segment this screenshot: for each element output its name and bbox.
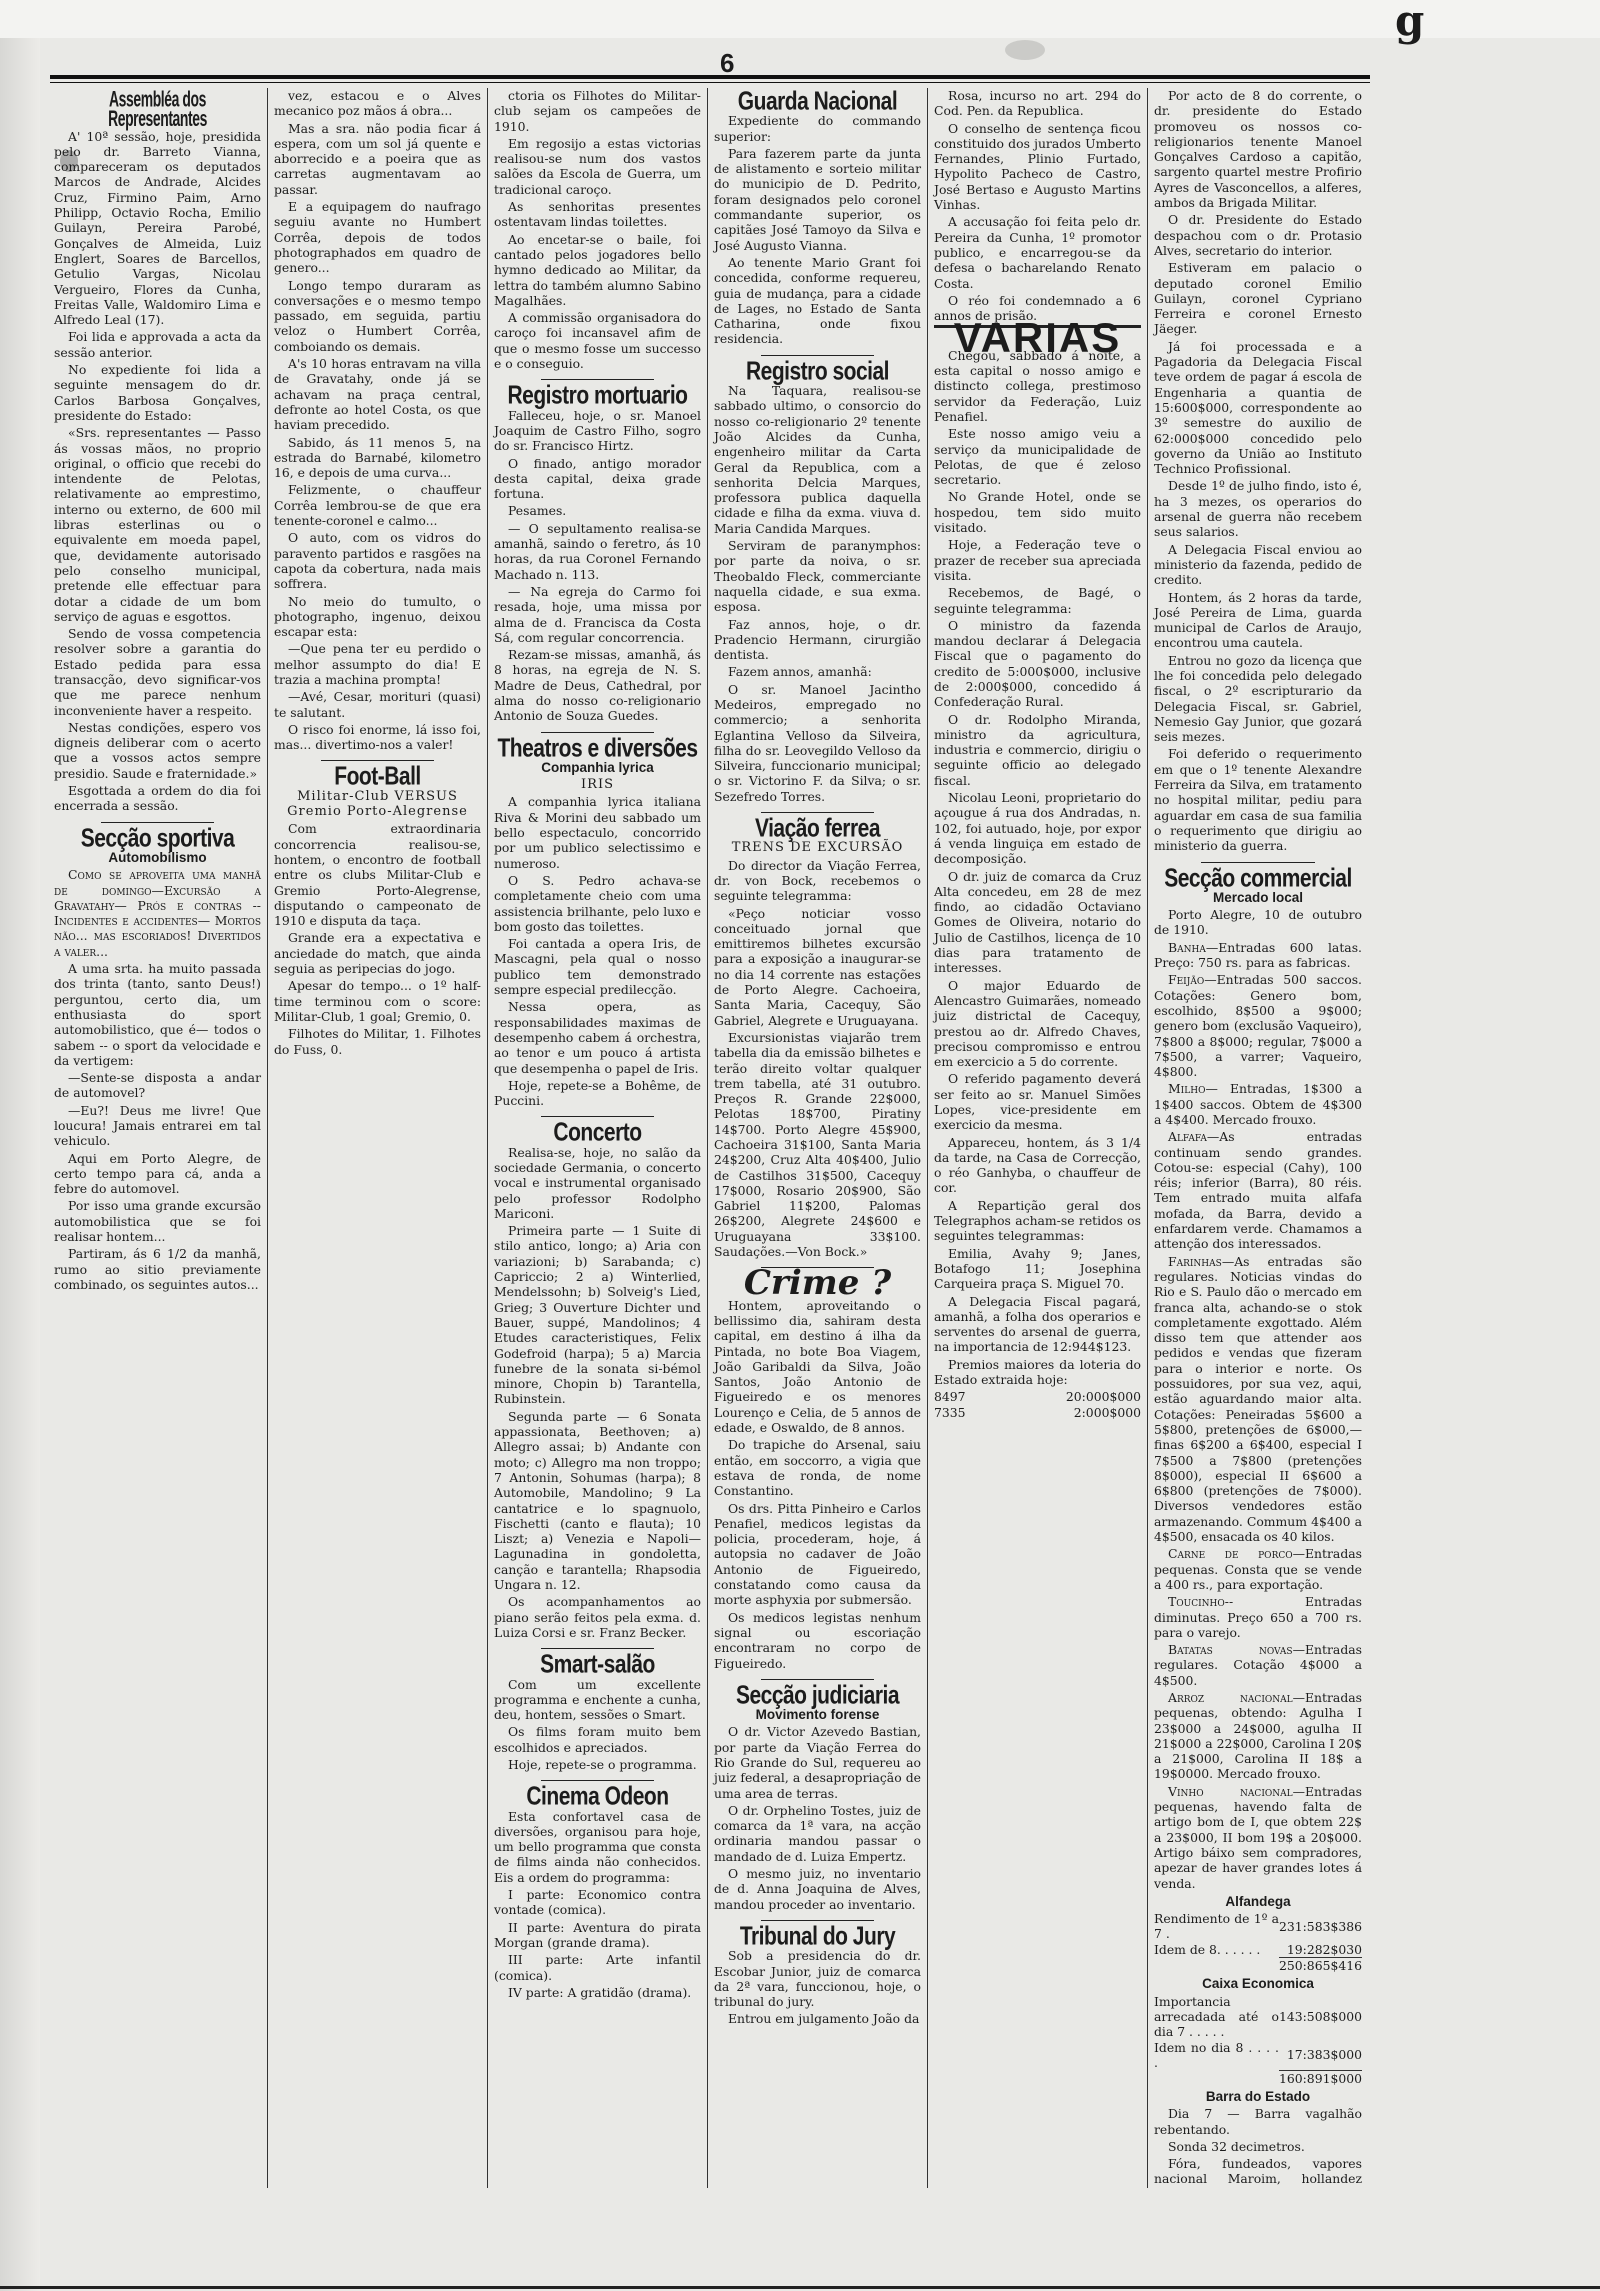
ticket-number: 7335	[934, 1405, 995, 1420]
ledger-total: 160:891$000	[1279, 2070, 1362, 2086]
paragraph: Os acompanhamentos ao piano serão feitos…	[494, 1594, 701, 1640]
paragraph: O mesmo juiz, no inventario de d. Anna J…	[714, 1866, 921, 1912]
paragraph: Mas a sra. não podia ficar á espera, com…	[274, 121, 481, 197]
paragraph: A' 10ª sessão, hoje, presidida pelo dr. …	[54, 129, 261, 328]
paragraph: Hontem, aproveitando o bellissimo dia, s…	[714, 1298, 921, 1436]
ledger-title: Caixa Economica	[1154, 1976, 1362, 1991]
header-rule	[50, 75, 1370, 83]
market-item: Milho	[1168, 1081, 1205, 1096]
paragraph: Longo tempo duraram as conversações e o …	[274, 278, 481, 354]
paragraph: «Peço noticiar vosso conceituado jornal …	[714, 906, 921, 1028]
paragraph: Foi deferido o requerimento em que o 1º …	[1154, 746, 1362, 853]
paragraph: Hoje, repete-se o programma.	[494, 1757, 701, 1772]
ledger-row: Importancia arrecadada até o dia 7 . . .…	[1154, 1994, 1362, 2040]
market-text: —Entradas 500 saccos. Cotações: Genero b…	[1154, 972, 1362, 1079]
paragraph: «Srs. representantes — Passo ás vossas m…	[54, 425, 261, 624]
paragraph: Foi lida e approvada a acta da sessão an…	[54, 329, 261, 360]
paragraph: vez, estacou e o Alves mecanico poz mãos…	[274, 88, 481, 119]
paragraph: No Grande Hotel, onde se hospedou, tem s…	[934, 489, 1141, 535]
paragraph: A uma srta. ha muito passada dos trinta …	[54, 961, 261, 1068]
scan-edge	[0, 38, 40, 2291]
market-item: Arroz nacional	[1168, 1690, 1293, 1705]
market-entry: Feijão—Entradas 500 saccos. Cotações: Ge…	[1154, 972, 1362, 1079]
ledger-row: Idem de 8. . . . . .19:282$030	[1154, 1942, 1362, 1958]
market-entry: Carne de porco—Entradas pequenas. Consta…	[1154, 1546, 1362, 1592]
paragraph: Partiram, ás 6 1/2 da manhã, rumo ao sit…	[54, 1246, 261, 1292]
column: Assembléa dos RepresentantesA' 10ª sessã…	[48, 88, 268, 2188]
paragraph: Por acto de 8 do corrente, o dr. preside…	[1154, 88, 1362, 210]
market-entry: Toucinho-- Entradas diminutas. Preço 650…	[1154, 1594, 1362, 1640]
paragraph: —Que pena ter eu perdido o melhor assump…	[274, 641, 481, 687]
paragraph: — O sepultamento realisa-se amanhã, sain…	[494, 521, 701, 582]
paragraph: As senhoritas presentes ostentavam linda…	[494, 199, 701, 230]
paragraph: Rosa, incurso no art. 294 do Cod. Pen. d…	[934, 88, 1141, 119]
paragraph: Esta confortavel casa de diversões, orga…	[494, 1809, 701, 1885]
ledger-title: Barra do Estado	[1154, 2089, 1362, 2104]
paragraph: Fazem annos, amanhã:	[714, 664, 921, 679]
section-divider	[1201, 862, 1315, 863]
ledger-total-row: 160:891$000	[1154, 2070, 1362, 2086]
section-heading: Registro mortuario	[494, 386, 701, 405]
lottery-row: 849720:000$000	[934, 1389, 1141, 1404]
paragraph: O dr. Rodolpho Miranda, ministro da agri…	[934, 712, 1141, 788]
paragraph: O major Eduardo de Alencastro Guimarães,…	[934, 978, 1141, 1070]
section-heading: Secção judiciaria	[714, 1686, 921, 1705]
section-heading: Secção commercial	[1154, 869, 1362, 888]
paragraph: Nessa opera, as responsabilidades maxima…	[494, 999, 701, 1075]
paragraph: A commissão organisadora do caroço foi i…	[494, 310, 701, 371]
ledger-row: Rendimento de 1º a 7 .231:583$386	[1154, 1911, 1362, 1942]
paragraph: II parte: Aventura do pirata Morgan (gra…	[494, 1920, 701, 1951]
paragraph: Apesar do tempo... o 1º half-time termin…	[274, 978, 481, 1024]
market-entry: Vinho nacional—Entradas pequenas, havend…	[1154, 1784, 1362, 1891]
paragraph: Com extraordinaria concorrencia realisou…	[274, 821, 481, 928]
paragraph: Aqui em Porto Alegre, de certo tempo par…	[54, 1151, 261, 1197]
paragraph: Expediente do commando superior:	[714, 113, 921, 144]
paragraph: Realisa-se, hoje, no salão da sociedade …	[494, 1145, 701, 1221]
paragraph: Em regosijo a estas victorias realisou-s…	[494, 136, 701, 197]
section-divider	[541, 1648, 655, 1649]
section-divider	[761, 1679, 875, 1680]
section-heading: Crime ?	[714, 1276, 921, 1291]
ledger-label: Idem de 8. . . . . .	[1154, 1942, 1279, 1958]
paragraph: Sob a presidencia do dr. Escobar Junior,…	[714, 1948, 921, 2009]
paragraph: Já foi processada e a Pagadoria da Deleg…	[1154, 339, 1362, 477]
paragraph: O auto, com os vidros do paravento parti…	[274, 530, 481, 591]
ledger-row: Idem no dia 8 . . . . .17:383$000	[1154, 2040, 1362, 2071]
paragraph: Sendo de vossa competencia resolver sobr…	[54, 626, 261, 718]
paragraph: Entrou em julgamento João da	[714, 2011, 921, 2026]
paragraph: Primeira parte — 1 Suite di stilo antico…	[494, 1223, 701, 1407]
paragraph: Com um excellente programma e enchente a…	[494, 1677, 701, 1723]
market-text: —As entradas são regulares. Noticias vin…	[1154, 1254, 1362, 1544]
paragraph: Estiveram em palacio o deputado coronel …	[1154, 260, 1362, 336]
prize-amount: 2:000$000	[995, 1405, 1141, 1420]
paragraph: Os drs. Pitta Pinheiro e Carlos Penafiel…	[714, 1501, 921, 1608]
paragraph: Grande era a expectativa e anciedade do …	[274, 930, 481, 976]
paragraph: Por isso uma grande excursão automobilis…	[54, 1198, 261, 1244]
ledger-spacer	[1154, 2070, 1279, 2086]
caixa-table: Importancia arrecadada até o dia 7 . . .…	[1154, 1994, 1362, 2086]
paragraph: Appareceu, hontem, ás 3 1/4 da tarde, na…	[934, 1135, 1141, 1196]
ledger-spacer	[1154, 1958, 1279, 1974]
paragraph: Hoje, repete-se a Bohême, de Puccini.	[494, 1078, 701, 1109]
ledger-label: Rendimento de 1º a 7 .	[1154, 1911, 1279, 1942]
paragraph: — Na egreja do Carmo foi resada, hoje, u…	[494, 584, 701, 645]
paragraph: Serviram de paranymphos: por parte da no…	[714, 538, 921, 614]
match-title: Militar-Club VERSUS Gremio Porto-Alegren…	[274, 789, 481, 820]
paragraph: O conselho de sentença ficou constituido…	[934, 121, 1141, 213]
market-item: Farinhas	[1168, 1254, 1222, 1269]
ledger-value: 19:282$030	[1279, 1942, 1362, 1958]
market-entry: Alfafa—As entradas continuam sendo grand…	[1154, 1129, 1362, 1251]
paragraph: Este nosso amigo veiu a serviço da munic…	[934, 426, 1141, 487]
bottom-rule	[0, 2286, 1600, 2289]
paragraph: Do trapiche do Arsenal, saiu então, em s…	[714, 1437, 921, 1498]
paragraph: Porto Alegre, 10 de outubro de 1910.	[1154, 907, 1362, 938]
column: ctoria os Filhotes do Militar-club sejam…	[488, 88, 708, 2188]
paragraph: Nicolau Leoni, proprietario do açougue á…	[934, 790, 1141, 866]
paragraph: A companhia lyrica italiana Riva & Morin…	[494, 794, 701, 870]
section-heading: Viação ferrea	[714, 819, 921, 838]
paragraph: Falleceu, hoje, o sr. Manoel Joaquim de …	[494, 408, 701, 454]
market-entry: Banha—Entradas 600 latas. Preço: 750 rs.…	[1154, 940, 1362, 971]
paragraph: Na Taquara, realisou-se sabbado ultimo, …	[714, 383, 921, 536]
paragraph: A's 10 horas entravam na villa de Gravat…	[274, 356, 481, 432]
paragraph: A Delegacia Fiscal pagará, amanhã, a fol…	[934, 1294, 1141, 1355]
paragraph: —Eu?! Deus me livre! Que loucura! Jamais…	[54, 1103, 261, 1149]
paragraph: A accusação foi feita pelo dr. Pereira d…	[934, 214, 1141, 290]
paragraph: Excursionistas viajarão trem tabella dia…	[714, 1030, 921, 1259]
market-entry: Farinhas—As entradas são regulares. Noti…	[1154, 1254, 1362, 1545]
paragraph: Os medicos legistas nenhum signal ou esc…	[714, 1610, 921, 1671]
ledger-value: 17:383$000	[1279, 2040, 1362, 2071]
paragraph: Rezam-se missas, amanhã, ás 8 horas, na …	[494, 647, 701, 723]
ledger-total: 250:865$416	[1279, 1958, 1362, 1974]
article-lead: Como se aproveita uma manhã de domingo—E…	[54, 867, 261, 959]
article-columns: Assembléa dos RepresentantesA' 10ª sessã…	[48, 88, 1368, 2188]
lottery-row: 73352:000$000	[934, 1405, 1141, 1420]
paragraph: Fóra, fundeados, vapores nacional Maroim…	[1154, 2156, 1362, 2188]
ledger-value: 143:508$000	[1279, 1994, 1362, 2040]
market-item: Alfafa	[1168, 1129, 1207, 1144]
section-heading: Registro social	[714, 362, 921, 381]
paragraph: O risco foi enorme, lá isso foi, mas... …	[274, 722, 481, 753]
paragraph: Pesames.	[494, 503, 701, 518]
market-item: Carne de porco	[1168, 1546, 1293, 1561]
market-text: —As entradas continuam sendo grandes. Co…	[1154, 1129, 1362, 1251]
paragraph: A Repartição geral dos Telegraphos acham…	[934, 1198, 1141, 1244]
paragraph: No meio do tumulto, o photographo, ingen…	[274, 594, 481, 640]
paragraph: O dr. juiz de comarca da Cruz Alta conce…	[934, 869, 1141, 976]
paragraph: A Delegacia Fiscal enviou ao ministerio …	[1154, 542, 1362, 588]
section-heading: Foot-Ball	[274, 768, 481, 787]
section-heading: Tribunal do Jury	[714, 1927, 921, 1946]
corner-glyph: g	[1395, 0, 1424, 45]
paragraph: Hoje, a Federação teve o prazer de receb…	[934, 537, 1141, 583]
paragraph: Para fazerem parte da junta de alistamen…	[714, 146, 921, 253]
paragraph: Emilia, Avahy 9; Janes, Botafogo 11; Jos…	[934, 1246, 1141, 1292]
section-divider	[101, 822, 215, 823]
column: vez, estacou e o Alves mecanico poz mãos…	[268, 88, 488, 2188]
market-item: Feijão	[1168, 972, 1204, 987]
section-divider	[541, 732, 655, 733]
lottery-table: 849720:000$00073352:000$000	[934, 1389, 1141, 1420]
paragraph: E a equipagem do naufrago seguiu avante …	[274, 199, 481, 275]
market-text: —Entradas pequenas, havendo falta de art…	[1154, 1784, 1362, 1891]
paragraph: O finado, antigo morador desta capital, …	[494, 456, 701, 502]
paragraph: Sonda 32 decimetros.	[1154, 2139, 1362, 2154]
paragraph: Filhotes do Militar, 1. Filhotes do Fuss…	[274, 1026, 481, 1057]
section-subheading: IRIS	[494, 777, 701, 792]
paragraph: Dia 7 — Barra vagalhão rebentando.	[1154, 2106, 1362, 2137]
ticket-number: 8497	[934, 1389, 995, 1404]
section-divider	[761, 1920, 875, 1921]
paragraph: No expediente foi lida a seguinte mensag…	[54, 362, 261, 423]
paragraph: O ministro da fazenda mandou declarar á …	[934, 618, 1141, 710]
paragraph: IV parte: A gratidão (drama).	[494, 1985, 701, 2000]
paragraph: Chegou, sabbado á noite, a esta capital …	[934, 348, 1141, 424]
paragraph: O referido pagamento deverá ser feito ao…	[934, 1071, 1141, 1132]
section-heading: VARIAS	[934, 325, 1141, 345]
paragraph: Foi cantada a opera Iris, de Mascagni, p…	[494, 936, 701, 997]
market-item: Batatas novas	[1168, 1642, 1293, 1657]
paragraph: O sr. Manoel Jacintho Medeiros, empregad…	[714, 682, 921, 804]
paragraph: Os films foram muito bem escolhidos e ap…	[494, 1724, 701, 1755]
paragraph: ctoria os Filhotes do Militar-club sejam…	[494, 88, 701, 134]
ledger-label: Importancia arrecadada até o dia 7 . . .…	[1154, 1994, 1279, 2040]
paragraph: Sabido, ás 11 menos 5, na estrada do Bar…	[274, 435, 481, 481]
alfandega-table: Rendimento de 1º a 7 .231:583$386Idem de…	[1154, 1911, 1362, 1973]
paragraph: Ao encetar-se o baile, foi cantado pelos…	[494, 232, 701, 308]
section-heading: Assembléa dos Representantes	[73, 89, 243, 129]
paragraph: Hontem, ás 2 horas da tarde, José Pereir…	[1154, 590, 1362, 651]
section-divider	[761, 355, 875, 356]
paragraph: Recebemos, de Bagé, o seguinte telegramm…	[934, 585, 1141, 616]
paragraph: I parte: Economico contra vontade (comic…	[494, 1887, 701, 1918]
market-entry: Arroz nacional—Entradas pequenas, obtend…	[1154, 1690, 1362, 1782]
section-divider	[761, 812, 875, 813]
paragraph: Desde 1º de julho findo, isto é, ha 3 me…	[1154, 478, 1362, 539]
market-entry: Batatas novas—Entradas regulares. Cotaçã…	[1154, 1642, 1362, 1688]
paragraph: O dr. Orphelino Tostes, juiz de comarca …	[714, 1803, 921, 1864]
section-heading: Cinema Odeon	[494, 1787, 701, 1806]
ledger-total-row: 250:865$416	[1154, 1958, 1362, 1974]
market-item: Vinho nacional	[1168, 1784, 1293, 1799]
paragraph: Premios maiores da loteria do Estado ext…	[934, 1357, 1141, 1388]
paragraph: Entrou no gozo da licença que lhe foi co…	[1154, 653, 1362, 745]
paragraph: O dr. Presidente do Estado despachou com…	[1154, 212, 1362, 258]
section-heading: Smart-salão	[494, 1655, 701, 1674]
ledger-title: Alfandega	[1154, 1894, 1362, 1909]
ink-blot	[1005, 40, 1045, 60]
section-heading: Concerto	[494, 1123, 701, 1142]
paragraph: Esgottada a ordem do dia foi encerrada a…	[54, 783, 261, 814]
market-entry: Milho— Entradas, 1$300 a 1$400 saccos. O…	[1154, 1081, 1362, 1127]
paragraph: Segunda parte — 6 Sonata appassionata, B…	[494, 1409, 701, 1593]
section-heading: Guarda Nacional	[714, 92, 921, 111]
paragraph: Felizmente, o chauffeur Corrêa lembrou-s…	[274, 482, 481, 528]
section-heading: Secção sportiva	[54, 829, 261, 848]
market-item: Banha	[1168, 940, 1206, 955]
section-heading: Theatros e diversões	[494, 739, 701, 758]
column: Rosa, incurso no art. 294 do Cod. Pen. d…	[928, 88, 1148, 2188]
paragraph: —Avé, Cesar, morituri (quasi) te salutan…	[274, 689, 481, 720]
paragraph: III parte: Arte infantil (comica).	[494, 1952, 701, 1983]
column: Por acto de 8 do corrente, o dr. preside…	[1148, 88, 1368, 2188]
market-item: Toucinho	[1168, 1594, 1225, 1609]
paragraph: —Sente-se disposta a andar de automovel?	[54, 1070, 261, 1101]
paragraph: Ao tenente Mario Grant foi concedida, co…	[714, 255, 921, 347]
paragraph: O S. Pedro achava-se completamente cheio…	[494, 873, 701, 934]
ledger-label: Idem no dia 8 . . . . .	[1154, 2040, 1279, 2071]
paragraph: Faz annos, hoje, o dr. Pradencio Hermann…	[714, 617, 921, 663]
column: Guarda NacionalExpediente do commando su…	[708, 88, 928, 2188]
ledger-value: 231:583$386	[1279, 1911, 1362, 1942]
paragraph: Nestas condições, espero vos digneis del…	[54, 720, 261, 781]
paragraph: O dr. Victor Azevedo Bastian, por parte …	[714, 1724, 921, 1800]
paragraph: Do director da Viação Ferrea, dr. von Bo…	[714, 858, 921, 904]
prize-amount: 20:000$000	[995, 1389, 1141, 1404]
